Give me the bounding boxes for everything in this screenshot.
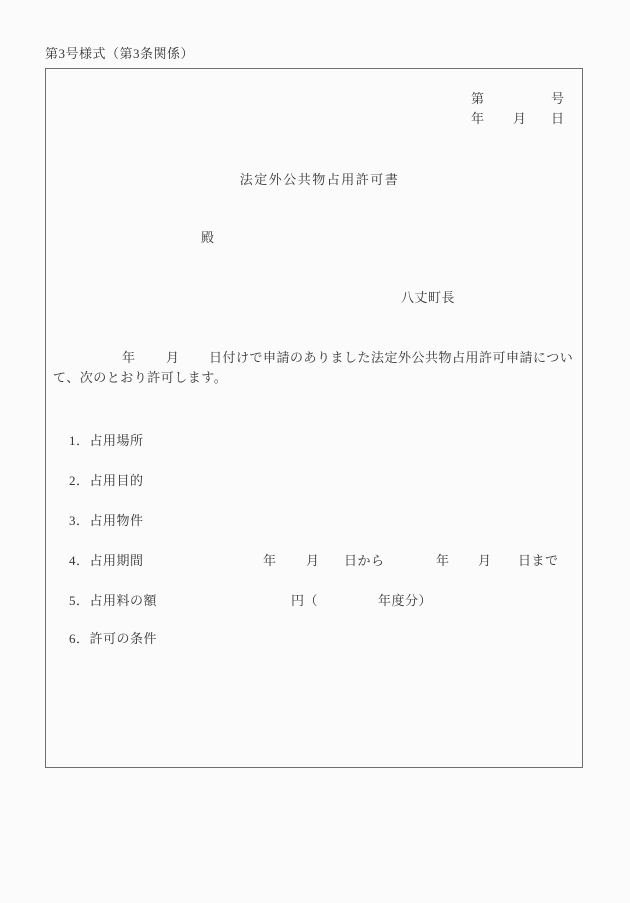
doc-number-suffix: 号 [551,92,565,107]
period-from-year-label: 年 [263,554,277,569]
permit-box: 第 号 年 月 日 法定外公共物占用許可書 殿 八丈町長 年 月 日付けで申請の… [45,68,583,768]
issue-date-day-label: 日 [551,112,565,127]
form-number-label: 第3号様式（第3条関係） [45,47,194,62]
issue-date-month-label: 月 [513,112,527,127]
document-title: 法定外公共物占用許可書 [57,169,582,188]
fee-yen-paren-label: 円（ [291,594,318,609]
application-date-month-label: 月 [166,351,180,366]
body-line2-text: て、次のとおり許可します。 [53,371,227,386]
period-from-day-label: 日から [344,554,385,569]
item-occupation-purpose: 2．占用目的 [69,474,144,489]
fee-fiscal-year-label: 年度分） [378,594,432,609]
item-permit-conditions: 6．許可の条件 [69,632,157,647]
application-date-year-label: 年 [122,351,136,366]
document-page: 第3号様式（第3条関係） 第 号 年 月 日 法定外公共物占用許可書 殿 八丈町… [0,0,630,903]
issue-date-year-label: 年 [471,112,485,127]
item-occupation-object: 3．占用物件 [69,514,144,529]
item-occupation-place: 1．占用場所 [69,434,144,449]
body-line1-text: 日付けで申請のありました法定外公共物占用許可申請につい [209,351,573,366]
period-to-year-label: 年 [436,554,450,569]
period-to-day-label: 日まで [518,554,559,569]
doc-number-prefix: 第 [471,92,485,107]
addressee-honorific: 殿 [201,231,215,246]
issuer-name: 八丈町長 [401,291,455,306]
item-occupation-fee-label: 5．占用料の額 [69,594,157,609]
period-to-month-label: 月 [478,554,492,569]
item-occupation-period-label: 4．占用期間 [69,554,144,569]
period-from-month-label: 月 [306,554,320,569]
